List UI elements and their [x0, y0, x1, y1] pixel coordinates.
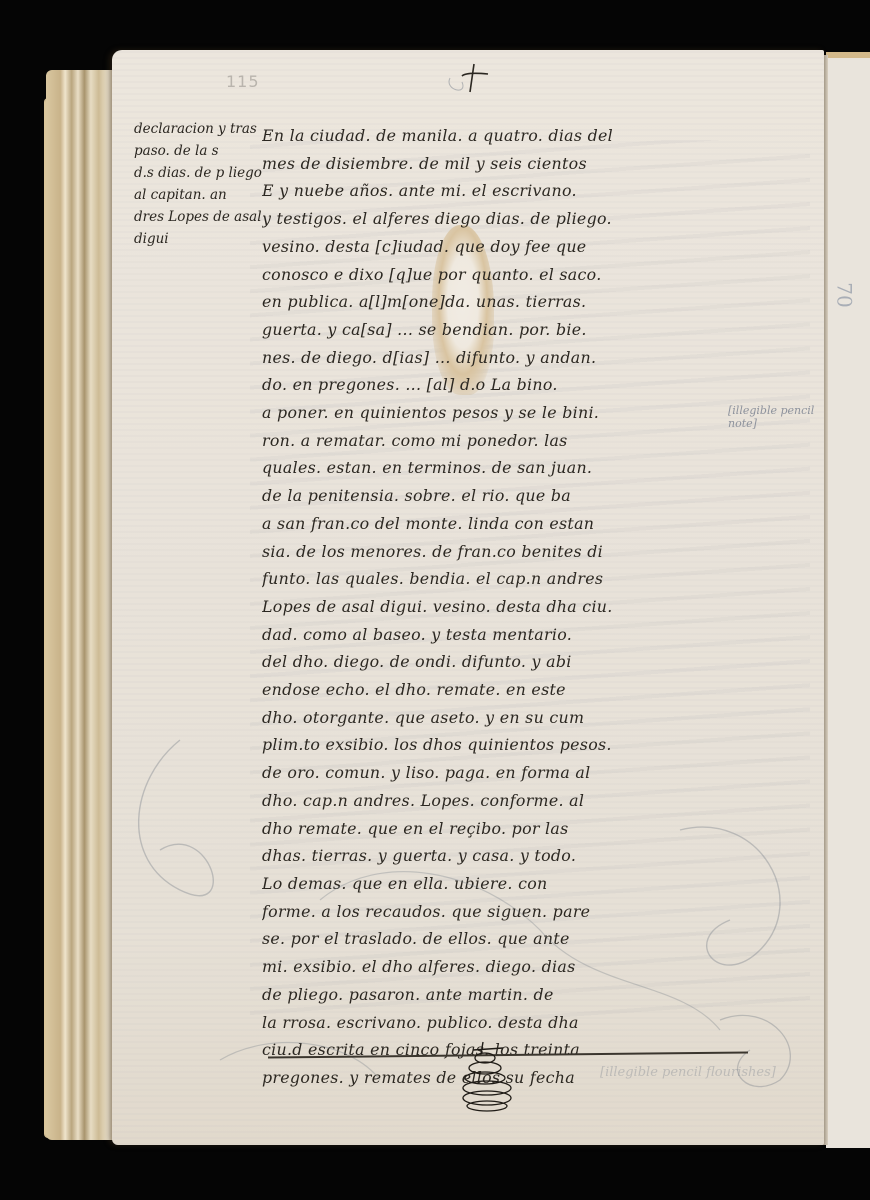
- text-line: a poner. en quinientos pesos y se le bin…: [262, 399, 802, 427]
- text-line: funto. las quales. bendia. el cap.n andr…: [262, 565, 802, 593]
- folio-number: 115: [226, 72, 260, 91]
- text-line: mi. exsibio. el dho alferes. diego. dias: [262, 953, 802, 981]
- text-line: dad. como al baseo. y testa mentario.: [262, 621, 802, 649]
- text-line: ciu.d escrita en cinco fojas. los treint…: [262, 1036, 802, 1064]
- text-line: sia. de los menores. de fran.co benites …: [262, 538, 802, 566]
- text-line: de pliego. pasaron. ante martin. de: [262, 981, 802, 1009]
- text-line: En la ciudad. de manila. a quatro. dias …: [262, 122, 802, 150]
- text-line: E y nuebe años. ante mi. el escrivano.: [262, 177, 802, 205]
- margin-line: paso. de la s: [134, 140, 274, 162]
- text-line: plim.to exsibio. los dhos quinientos pes…: [262, 731, 802, 759]
- text-line: la rrosa. escrivano. publico. desta dha: [262, 1009, 802, 1037]
- text-line: endose echo. el dho. remate. en este: [262, 676, 802, 704]
- text-line: y testigos. el alferes diego dias. de pl…: [262, 205, 802, 233]
- margin-line: digui: [134, 228, 274, 250]
- text-line: pregones. y remates de ellos su fecha: [262, 1064, 802, 1092]
- text-line: guerta. y ca[sa] ... se bendian. por. bi…: [262, 316, 802, 344]
- text-line: forme. a los recaudos. que siguen. pare: [262, 898, 802, 926]
- text-line: del dho. diego. de ondi. difunto. y abi: [262, 648, 802, 676]
- text-line: a san fran.co del monte. linda con estan: [262, 510, 802, 538]
- pencil-side-note: [illegible pencil note]: [728, 404, 818, 444]
- text-line: dho remate. que en el reçibo. por las: [262, 815, 802, 843]
- text-line: en publica. a[l]m[one]da. unas. tierras.: [262, 288, 802, 316]
- marginal-note: declaracion y tras paso. de la s d.s dia…: [134, 118, 274, 250]
- text-line: dho. otorgante. que aseto. y en su cum: [262, 704, 802, 732]
- margin-line: declaracion y tras: [134, 118, 274, 140]
- signature-rubric-icon: [455, 1040, 525, 1115]
- text-line: dho. cap.n andres. Lopes. conforme. al: [262, 787, 802, 815]
- text-line: ron. a rematar. como mi ponedor. las: [262, 427, 802, 455]
- text-line: conosco e dixo [q]ue por quanto. el saco…: [262, 261, 802, 289]
- manuscript-body: En la ciudad. de manila. a quatro. dias …: [262, 122, 802, 1092]
- facing-page: [826, 52, 870, 1148]
- text-line: quales. estan. en terminos. de san juan.: [262, 454, 802, 482]
- margin-line: d.s dias. de p liego: [134, 162, 274, 184]
- text-line: de oro. comun. y liso. paga. en forma al: [262, 759, 802, 787]
- margin-line: dres Lopes de asal: [134, 206, 274, 228]
- text-line: dhas. tierras. y guerta. y casa. y todo.: [262, 842, 802, 870]
- text-line: nes. de diego. d[ias] ... difunto. y and…: [262, 344, 802, 372]
- text-line: Lopes de asal digui. vesino. desta dha c…: [262, 593, 802, 621]
- margin-line: al capitan. an: [134, 184, 274, 206]
- facing-page-number: 70: [833, 282, 857, 307]
- text-line: se. por el traslado. de ellos. que ante: [262, 925, 802, 953]
- text-line: de la penitensia. sobre. el rio. que ba: [262, 482, 802, 510]
- text-line: vesino. desta [c]iudad. que doy fee que: [262, 233, 802, 261]
- text-line: mes de disiembre. de mil y seis cientos: [262, 150, 802, 178]
- cross-icon: [448, 62, 508, 102]
- text-line: do. en pregones. ... [al] d.o La bino.: [262, 371, 802, 399]
- text-line: Lo demas. que en ella. ubiere. con: [262, 870, 802, 898]
